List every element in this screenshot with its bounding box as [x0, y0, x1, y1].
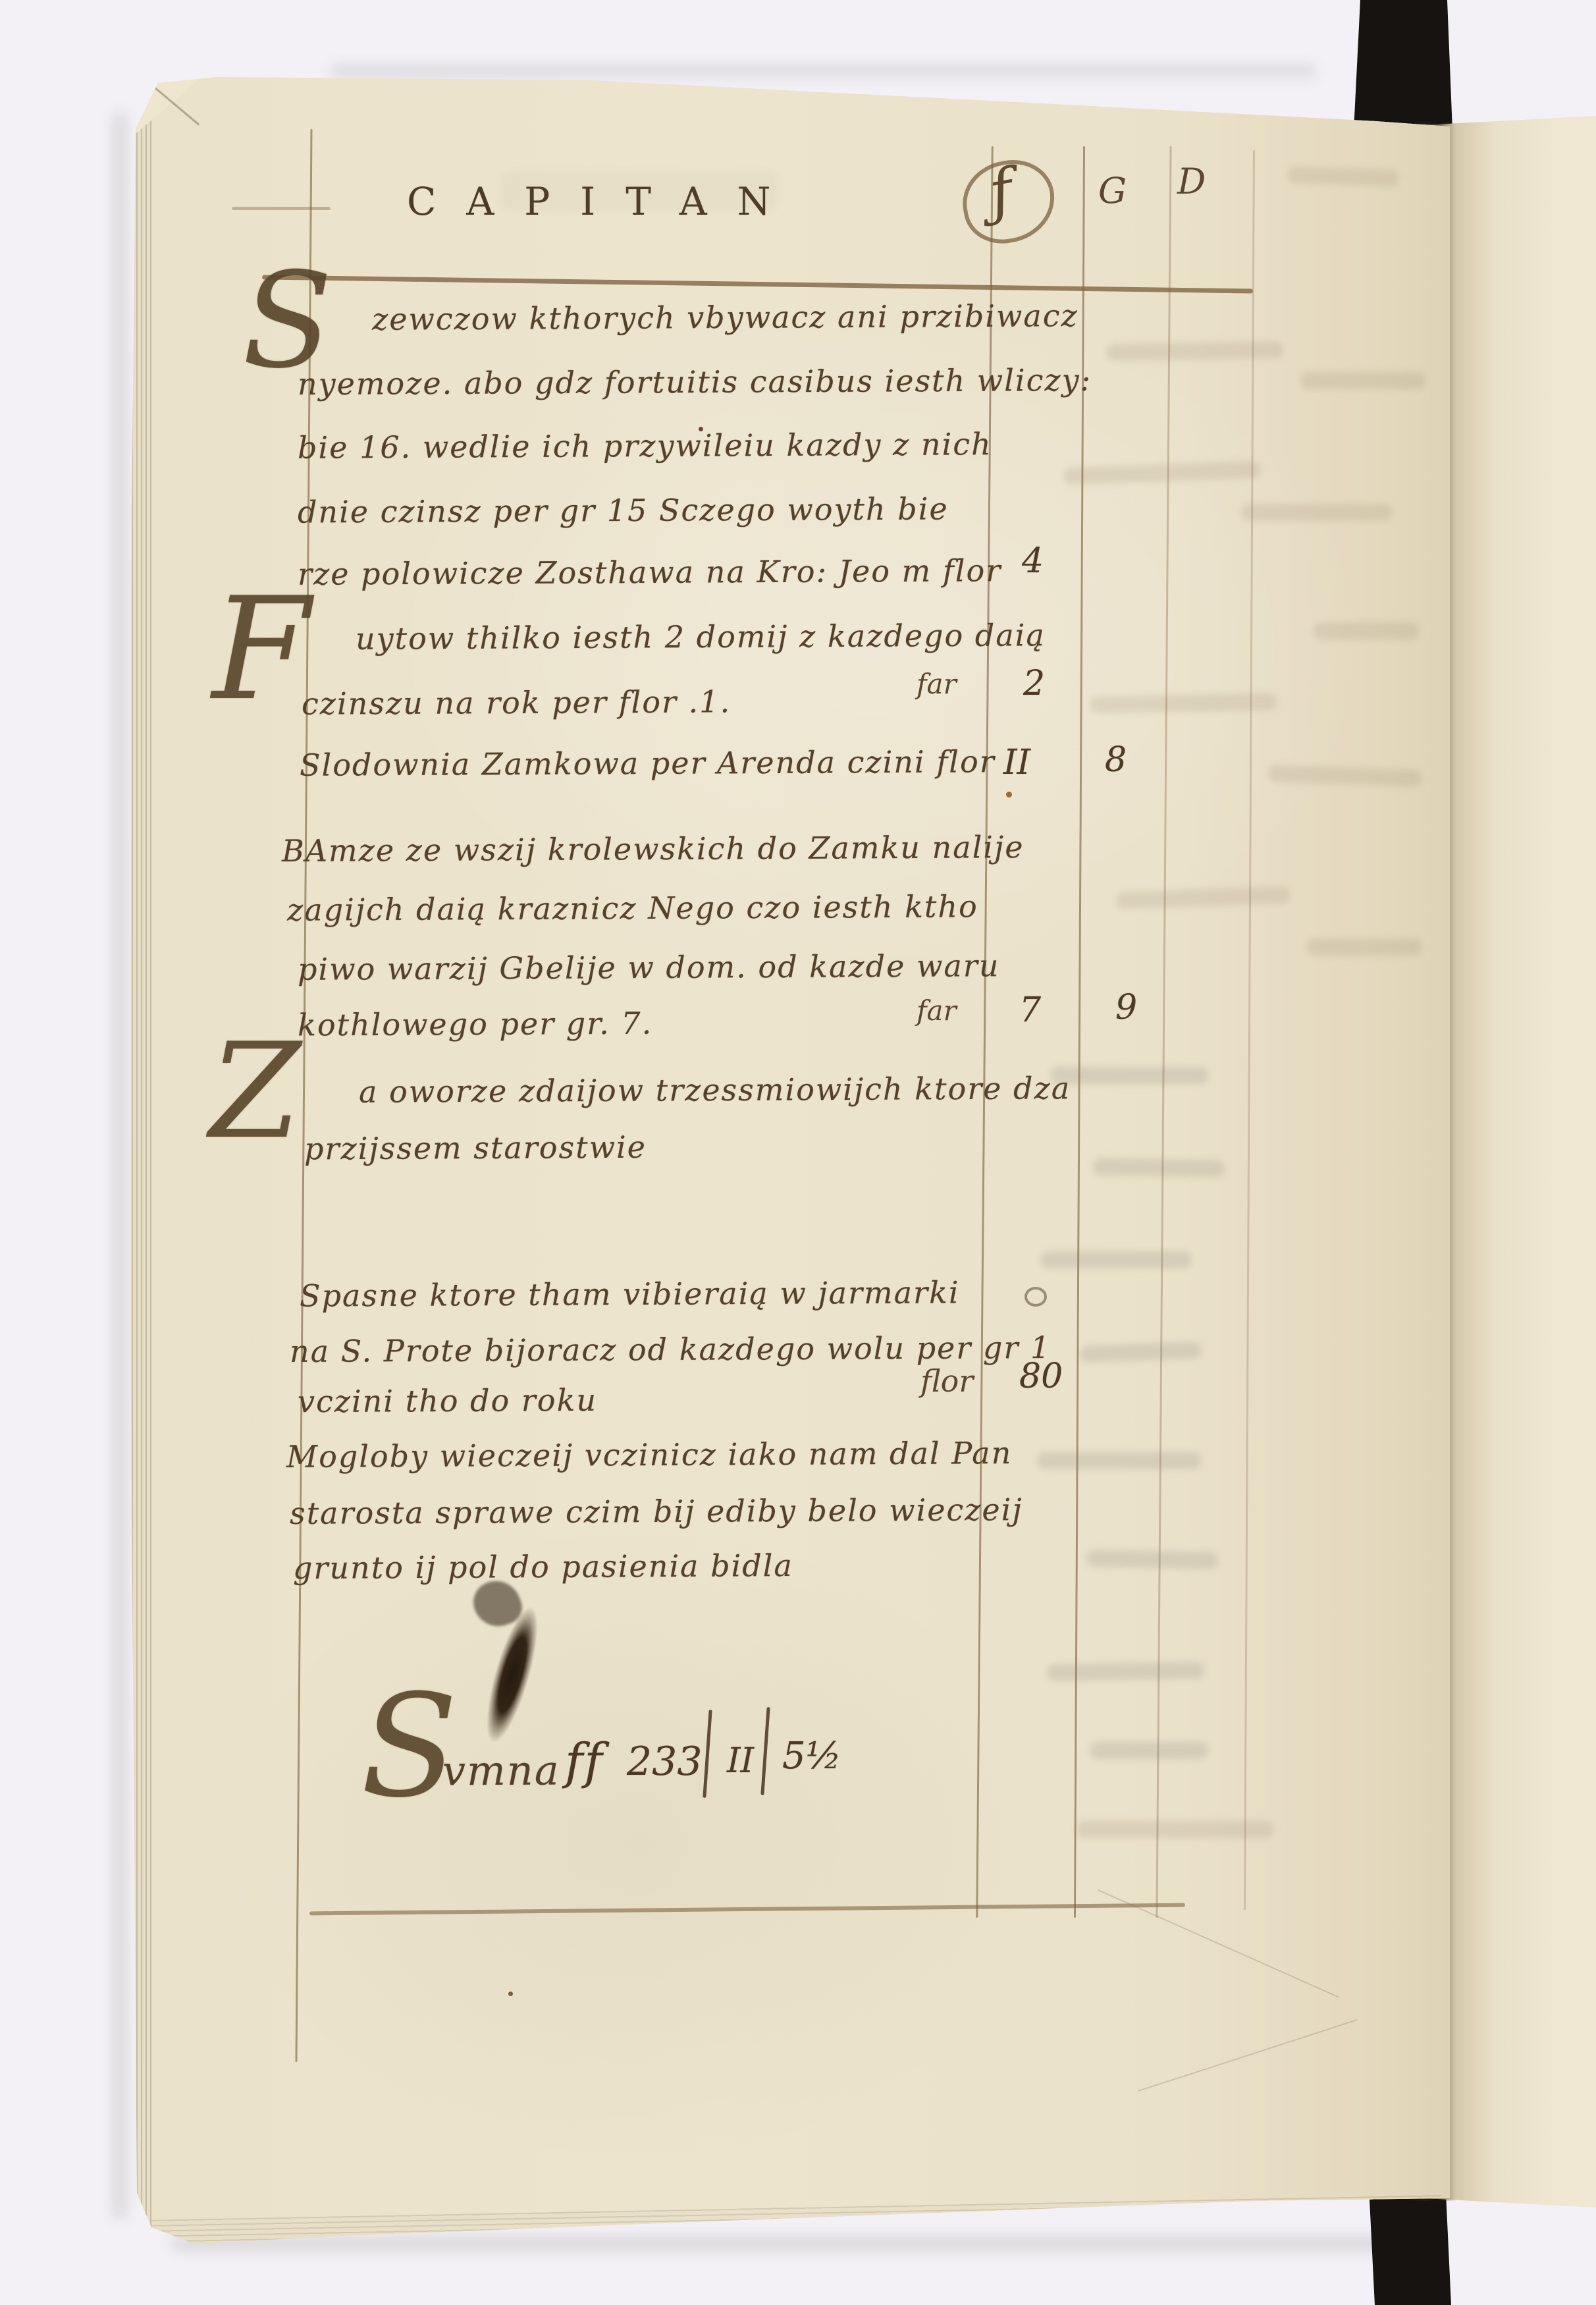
entry-line: Slodownia Zamkowa per Arenda czini flor — [300, 744, 996, 783]
entry-line: uytow thilko iesth 2 domij z kazdego dai… — [356, 617, 1046, 656]
column-header-g: G — [1098, 170, 1127, 211]
bleedthrough-mark — [1307, 938, 1422, 956]
value-f: 2 — [1023, 664, 1045, 703]
florin-icon: ƒ — [984, 155, 1018, 229]
bleedthrough-mark — [1090, 1742, 1208, 1759]
column-header-d: D — [1177, 161, 1206, 202]
bleedthrough-mark — [1047, 1662, 1205, 1681]
value-g: 8 — [1105, 740, 1127, 780]
unit-label: far — [917, 994, 957, 1027]
entry-line: bie 16. wedlie ich przywileiu kazdy z ni… — [298, 426, 992, 466]
paper-speck — [508, 1992, 513, 1996]
manuscript-scan: CAPITAN ƒ G D S zewczow kthorych vbywacz… — [0, 0, 1596, 2305]
entry-line: zagijch daią kraznicz Nego czo iesth kth… — [287, 888, 978, 927]
bleedthrough-mark — [1093, 1158, 1225, 1177]
entry-line: vczini tho do roku — [298, 1382, 597, 1419]
page-shadow-left — [113, 112, 126, 2219]
entry-line: Spasne ktore tham vibieraią w jarmarki — [300, 1274, 960, 1313]
bleedthrough-mark — [1241, 504, 1393, 521]
page-shadow-bottom — [171, 2237, 1389, 2251]
value-f: 4 — [1022, 541, 1044, 581]
bleedthrough-mark — [1037, 1452, 1202, 1469]
page-fore-edge — [132, 80, 151, 2234]
ink-blot — [477, 1602, 548, 1747]
entry-line: grunto ij pol do pasienia bidla — [293, 1548, 793, 1586]
paper-speck — [860, 1458, 864, 1462]
bleedthrough-mark — [1314, 622, 1419, 639]
margin-tick-line — [232, 207, 331, 210]
summa-den: 5½ — [782, 1735, 841, 1777]
entry-line: rze polowicze Zosthawa na Kro: Jeo m flo… — [298, 553, 1002, 592]
bottom-ruled-line — [309, 1903, 1185, 1916]
summa-label: vmna — [442, 1747, 560, 1795]
column-line-f — [976, 146, 993, 1918]
summa-separator — [703, 1710, 712, 1798]
bleedthrough-mark — [1050, 1067, 1208, 1084]
left-page: CAPITAN ƒ G D S zewczow kthorych vbywacz… — [0, 0, 1596, 2305]
column-line-g — [1074, 146, 1085, 1918]
bleedthrough-mark — [1086, 1550, 1218, 1569]
entry-line: kothlowego per gr. 7. — [298, 1006, 653, 1043]
entry-line: piwo warzij Gbelije w dom. od kazde waru — [298, 948, 1000, 987]
entry-line: a oworze zdaijow trzessmiowijch ktore dz… — [359, 1070, 1071, 1110]
bleedthrough-mark — [1106, 341, 1284, 362]
unit-label: far — [917, 668, 957, 700]
paper-crease — [1138, 2019, 1357, 2092]
entry-initial: S — [242, 269, 332, 374]
entry-line: BAmze ze wszij krolewskich do Zamku nali… — [282, 829, 1024, 869]
bleedthrough-mark — [1080, 1342, 1202, 1363]
bleedthrough-mark — [1287, 166, 1400, 187]
bleedthrough-mark — [1300, 372, 1425, 389]
entry-line: Mogloby wieczeij vczinicz iako nam dal P… — [286, 1435, 1013, 1475]
bleedthrough-mark — [1040, 1251, 1192, 1268]
bleedthrough-mark — [500, 171, 777, 211]
page-shadow-top — [329, 66, 1317, 76]
bookmark-ribbon-top — [1354, 0, 1452, 130]
value-f: 7 — [1019, 990, 1041, 1030]
summa-separator — [760, 1707, 770, 1795]
ghost-ring-mark — [1024, 1287, 1047, 1307]
unit-label: flor — [920, 1363, 973, 1399]
summa-currency-mark: ff — [565, 1733, 604, 1790]
entry-line: przijssem starostwie — [304, 1129, 647, 1167]
column-line-d — [1156, 146, 1171, 1918]
florin-symbol-circle: ƒ — [956, 153, 1061, 250]
entry-line: zewczow kthorych vbywacz ani przibiwacz — [372, 298, 1078, 337]
bleedthrough-mark — [1090, 693, 1277, 714]
bleedthrough-mark — [1267, 765, 1423, 787]
paper-speck — [699, 427, 703, 431]
entry-line: nyemoze. abo gdz fortuitis casibus iesth… — [298, 362, 1092, 402]
top-ruled-line — [262, 275, 1253, 293]
summa-flor: 233 — [627, 1739, 703, 1785]
value-f: II — [1003, 743, 1030, 782]
bleedthrough-mark — [1063, 461, 1262, 485]
entry-line: dnie czinsz per gr 15 Sczego woyth bie — [298, 491, 949, 529]
entry-initial: Z — [209, 1039, 301, 1145]
bleedthrough-mark — [1077, 1821, 1274, 1838]
entry-line: czinszu na rok per flor .1. — [302, 684, 731, 721]
entry-initial: F — [212, 593, 310, 706]
entry-line: starosta sprawe czim bij ediby belo wiec… — [290, 1492, 1023, 1531]
paper-speck — [1006, 792, 1012, 798]
paper-crease — [1098, 1889, 1339, 1998]
value-f: 80 — [1019, 1357, 1063, 1396]
bleedthrough-mark — [1116, 886, 1291, 909]
value-g: 9 — [1115, 988, 1137, 1027]
summa-gr: II — [727, 1741, 754, 1781]
column-line-outer — [1244, 150, 1255, 1910]
bookmark-ribbon-bottom — [1370, 2193, 1451, 2305]
